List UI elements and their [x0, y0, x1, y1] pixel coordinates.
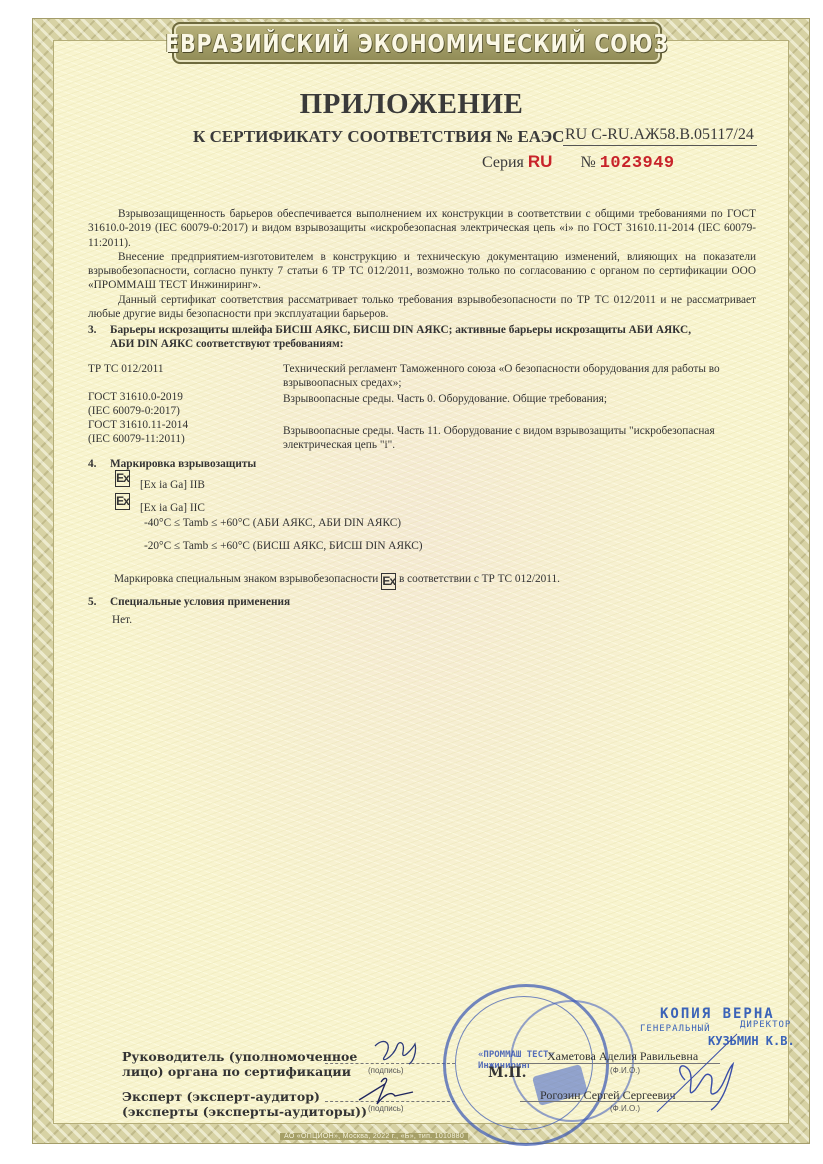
- certificate-number: RU C-RU.АЖ58.В.05117/24: [563, 126, 757, 146]
- marking: [Ex ia Ga] IIB: [140, 478, 205, 492]
- ex-mark-icon: Ex: [381, 573, 396, 590]
- series-line: Серия RU № 1023949: [482, 152, 675, 173]
- banner-text: ЕВРАЗИЙСКИЙ ЭКОНОМИЧЕСКИЙ СОЮЗ: [165, 29, 669, 58]
- stamp-position-right: ДИРЕКТОР: [740, 1020, 791, 1030]
- section-5-heading: 5.Специальные условия применения: [88, 595, 290, 609]
- series-value: RU: [528, 152, 553, 171]
- requirement-standard: ТР ТС 012/2011: [88, 362, 268, 376]
- requirement-standard: ГОСТ 31610.11-2014 (IEC 60079-11:2011): [88, 418, 268, 446]
- section-number: 3.: [88, 323, 110, 337]
- name-caption: (Ф.И.О.): [610, 1066, 640, 1075]
- section-4-heading: 4.Маркировка взрывозащиты: [88, 457, 256, 471]
- section-4-heading-text: Маркировка взрывозащиты: [110, 458, 256, 470]
- label-line: (эксперты (эксперты-аудиторы)): [122, 1104, 367, 1119]
- requirement-description: Взрывоопасные среды. Часть 0. Оборудован…: [283, 392, 758, 406]
- series-label: Серия: [482, 154, 524, 171]
- intro-paragraph: Внесение предприятием-изготовителем в ко…: [88, 250, 756, 293]
- special-mark-text: Маркировка специальным знаком взрывобезо…: [114, 572, 560, 590]
- intro-text: Взрывозащищенность барьеров обеспечивает…: [88, 207, 756, 321]
- temperature-range: -20°C ≤ Tamb ≤ +60°C (БИСШ АЯКС, БИСШ DI…: [144, 539, 423, 553]
- section-5-heading-text: Специальные условия применения: [110, 596, 290, 608]
- ex-mark-icon: Ex: [115, 493, 130, 510]
- label-line: лицо) органа по сертификации: [122, 1064, 357, 1079]
- section-number: 4.: [88, 457, 110, 471]
- print-code: АО «ОПЦИОН», Москва, 2022 г., «Б», тип. …: [280, 1133, 468, 1140]
- special-mark-before: Маркировка специальным знаком взрывобезо…: [114, 573, 378, 585]
- standard-iec-code: (IEC 60079-0:2017): [88, 404, 268, 418]
- section-number: 5.: [88, 595, 110, 609]
- requirement-description: Технический регламент Таможенного союза …: [283, 362, 758, 390]
- requirement-description: Взрывоопасные среды. Часть 11. Оборудова…: [283, 424, 758, 452]
- name-caption: (Ф.И.О.): [610, 1104, 640, 1113]
- signature-handwriting-icon: [355, 1034, 445, 1114]
- temperature-range: -40°C ≤ Tamb ≤ +60°C (АБИ АЯКС, АБИ DIN …: [144, 516, 401, 530]
- head-of-certification-label: Руководитель (уполномоченное лицо) орган…: [122, 1049, 357, 1079]
- expert-label: Эксперт (эксперт-аудитор) (эксперты (экс…: [122, 1089, 367, 1119]
- header-banner: ЕВРАЗИЙСКИЙ ЭКОНОМИЧЕСКИЙ СОЮЗ: [172, 22, 662, 64]
- seal-label: М.П.: [488, 1066, 526, 1081]
- number-value: 1023949: [600, 154, 675, 173]
- intro-paragraph: Данный сертификат соответствия рассматри…: [88, 293, 756, 322]
- director-signature-icon: [655, 1030, 745, 1115]
- standard-iec-code: (IEC 60079-11:2011): [88, 432, 268, 446]
- section-5-text: Нет.: [112, 613, 132, 627]
- standard-code: ГОСТ 31610.0-2019: [88, 390, 268, 404]
- page-title: ПРИЛОЖЕНИЕ: [0, 88, 823, 121]
- special-mark-after: в соответствии с ТР ТС 012/2011.: [399, 573, 560, 585]
- marking: [Ex ia Ga] IIC: [140, 501, 205, 515]
- standard-code: ГОСТ 31610.11-2014: [88, 418, 268, 432]
- requirement-standard: ГОСТ 31610.0-2019 (IEC 60079-0:2017): [88, 390, 268, 418]
- ex-mark-icon: Ex: [115, 470, 130, 487]
- certificate-subtitle: К СЕРТИФИКАТУ СООТВЕТСТВИЯ № ЕАЭС: [193, 127, 564, 147]
- section-3-heading-line2: АБИ DIN АЯКС соответствуют требованиям:: [110, 338, 343, 350]
- section-3-heading: 3.Барьеры искрозащиты шлейфа БИСШ АЯКС, …: [88, 323, 768, 351]
- section-3-heading-line1: Барьеры искрозащиты шлейфа БИСШ АЯКС, БИ…: [110, 324, 691, 336]
- intro-paragraph: Взрывозащищенность барьеров обеспечивает…: [88, 207, 756, 250]
- label-line: Руководитель (уполномоченное: [122, 1049, 357, 1064]
- number-label: №: [580, 154, 595, 171]
